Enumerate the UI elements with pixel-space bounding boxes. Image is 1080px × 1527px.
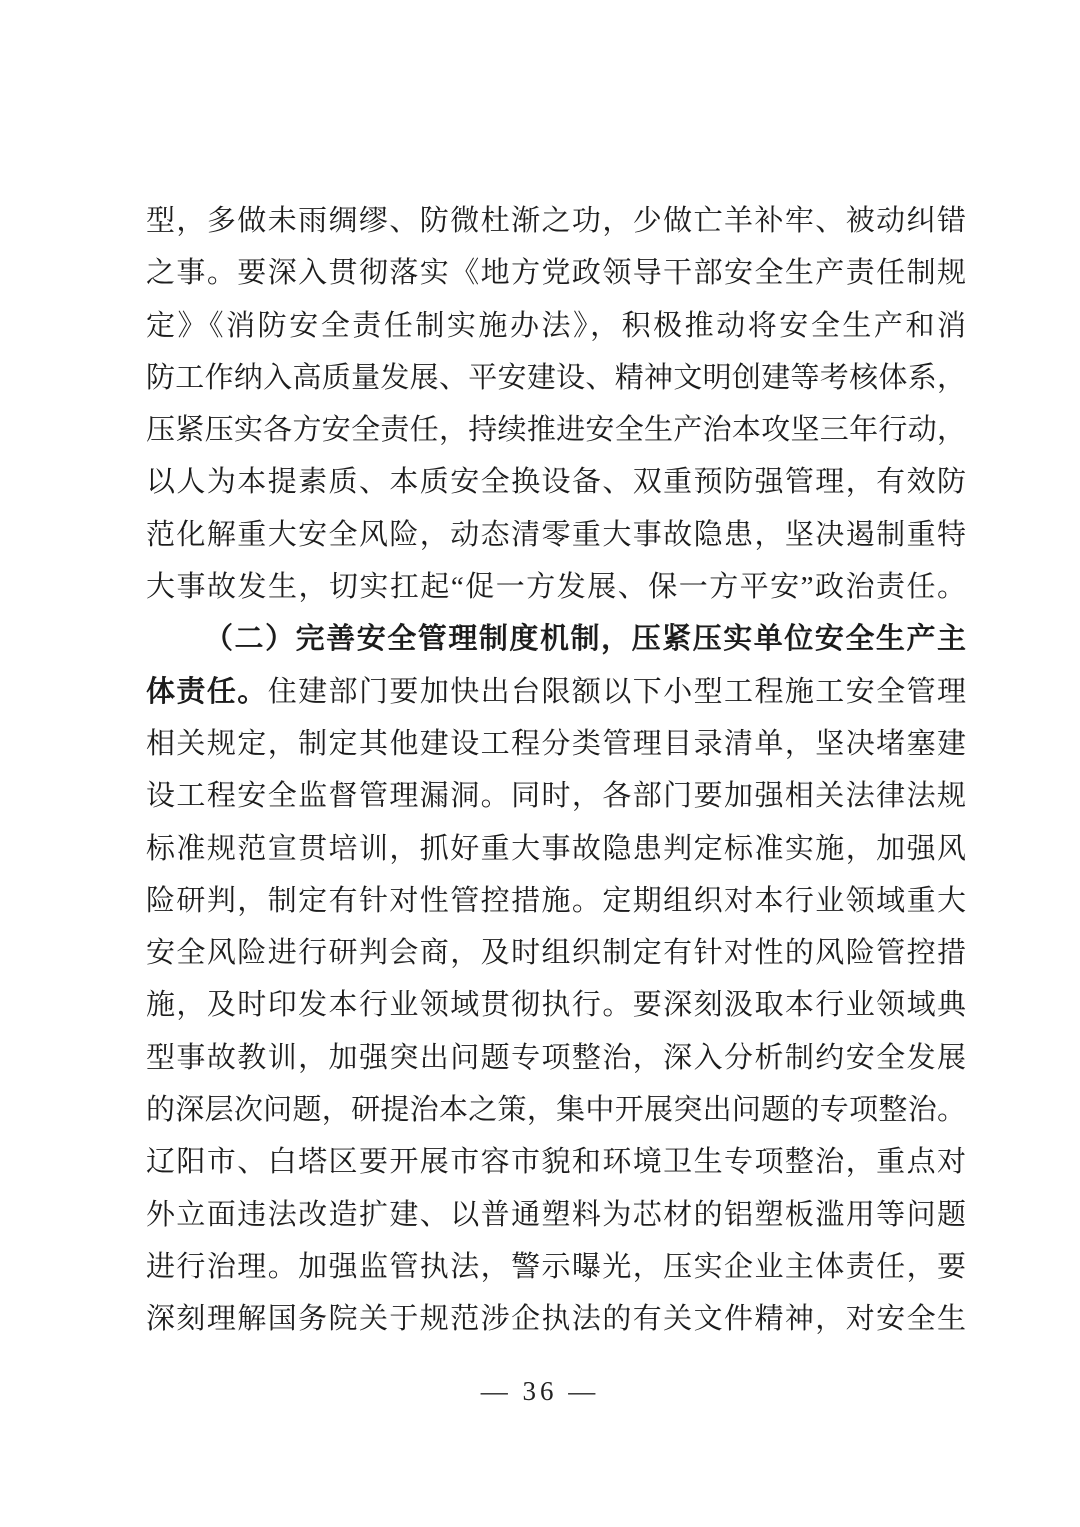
body-segment: 深刻理解国务院关于规范涉企执法的有关文件精神，对安全生 (146, 1303, 966, 1335)
body-segment: 外立面违法改造扩建、以普通塑料为芯材的铝塑板滥用等问题 (146, 1199, 966, 1231)
text-line: 之事。要深入贯彻落实《地方党政领导干部安全生产责任制规 (146, 247, 966, 299)
text-line: 压紧压实各方安全责任，持续推进安全生产治本攻坚三年行动， (146, 404, 966, 456)
text-line: 相关规定，制定其他建设工程分类管理目录清单，坚决堵塞建 (146, 718, 966, 770)
text-line: 范化解重大安全风险，动态清零重大事故隐患，坚决遏制重特 (146, 509, 966, 561)
body-segment: 范化解重大安全风险，动态清零重大事故隐患，坚决遏制重特 (146, 519, 966, 551)
text-line: 辽阳市、白塔区要开展市容市貌和环境卫生专项整治，重点对 (146, 1136, 966, 1188)
text-line: 防工作纳入高质量发展、平安建设、精神文明创建等考核体系， (146, 352, 966, 404)
body-segment: 防工作纳入高质量发展、平安建设、精神文明创建等考核体系， (146, 362, 966, 394)
body-segment: 定》《消防安全责任制实施办法》，积极推动将安全生产和消 (146, 310, 966, 342)
text-line: 体责任。住建部门要加快出台限额以下小型工程施工安全管理 (146, 666, 966, 718)
text-line: 设工程安全监督管理漏洞。同时，各部门要加强相关法律法规 (146, 770, 966, 822)
body-segment: 辽阳市、白塔区要开展市容市貌和环境卫生专项整治，重点对 (146, 1146, 966, 1178)
body-segment: 型，多做未雨绸缪、防微杜渐之功，少做亡羊补牢、被动纠错 (146, 205, 966, 237)
body-segment: 大事故发生，切实扛起“促一方发展、保一方平安”政治责任。 (146, 571, 966, 603)
text-line: 大事故发生，切实扛起“促一方发展、保一方平安”政治责任。 (146, 561, 966, 613)
text-line: 定》《消防安全责任制实施办法》，积极推动将安全生产和消 (146, 300, 966, 352)
text-line: 安全风险进行研判会商，及时组织制定有针对性的风险管控措 (146, 927, 966, 979)
text-line: 险研判，制定有针对性管控措施。定期组织对本行业领域重大 (146, 875, 966, 927)
text-line: 以人为本提素质、本质安全换设备、双重预防强管理，有效防 (146, 456, 966, 508)
body-text: 型，多做未雨绸缪、防微杜渐之功，少做亡羊补牢、被动纠错之事。要深入贯彻落实《地方… (146, 195, 966, 1346)
body-segment: 险研判，制定有针对性管控措施。定期组织对本行业领域重大 (146, 885, 966, 917)
text-line: 型事故教训，加强突出问题专项整治，深入分析制约安全发展 (146, 1032, 966, 1084)
body-segment: 进行治理。加强监管执法，警示曝光，压实企业主体责任，要 (146, 1251, 966, 1283)
body-segment: 住建部门要加快出台限额以下小型工程施工安全管理 (268, 676, 966, 708)
body-segment: 压紧压实各方安全责任，持续推进安全生产治本攻坚三年行动， (146, 414, 966, 446)
body-segment: 安全风险进行研判会商，及时组织制定有针对性的风险管控措 (146, 937, 966, 969)
body-segment: 设工程安全监督管理漏洞。同时，各部门要加强相关法律法规 (146, 780, 966, 812)
text-line: 的深层次问题，研提治本之策，集中开展突出问题的专项整治。 (146, 1084, 966, 1136)
text-line: 施，及时印发本行业领域贯彻执行。要深刻汲取本行业领域典 (146, 979, 966, 1031)
body-segment: 型事故教训，加强突出问题专项整治，深入分析制约安全发展 (146, 1042, 966, 1074)
text-line: 标准规范宣贯培训，抓好重大事故隐患判定标准实施，加强风 (146, 823, 966, 875)
body-segment: 标准规范宣贯培训，抓好重大事故隐患判定标准实施，加强风 (146, 833, 966, 865)
text-line: 进行治理。加强监管执法，警示曝光，压实企业主体责任，要 (146, 1241, 966, 1293)
text-line: 外立面违法改造扩建、以普通塑料为芯材的铝塑板滥用等问题 (146, 1189, 966, 1241)
body-segment: 施，及时印发本行业领域贯彻执行。要深刻汲取本行业领域典 (146, 989, 966, 1021)
text-line: （二）完善安全管理制度机制，压紧压实单位安全生产主 (146, 613, 966, 665)
heading-segment: 体责任。 (146, 676, 268, 708)
body-segment: 的深层次问题，研提治本之策，集中开展突出问题的专项整治。 (146, 1094, 966, 1126)
text-line: 深刻理解国务院关于规范涉企执法的有关文件精神，对安全生 (146, 1293, 966, 1345)
page-number: — 36 — (0, 1376, 1080, 1407)
document-page: 型，多做未雨绸缪、防微杜渐之功，少做亡羊补牢、被动纠错之事。要深入贯彻落实《地方… (0, 0, 1080, 1527)
body-segment: 相关规定，制定其他建设工程分类管理目录清单，坚决堵塞建 (146, 728, 966, 760)
body-segment: 之事。要深入贯彻落实《地方党政领导干部安全生产责任制规 (146, 257, 966, 289)
body-segment: 以人为本提素质、本质安全换设备、双重预防强管理，有效防 (146, 466, 966, 498)
text-line: 型，多做未雨绸缪、防微杜渐之功，少做亡羊补牢、被动纠错 (146, 195, 966, 247)
heading-segment: （二）完善安全管理制度机制，压紧压实单位安全生产主 (204, 623, 966, 655)
